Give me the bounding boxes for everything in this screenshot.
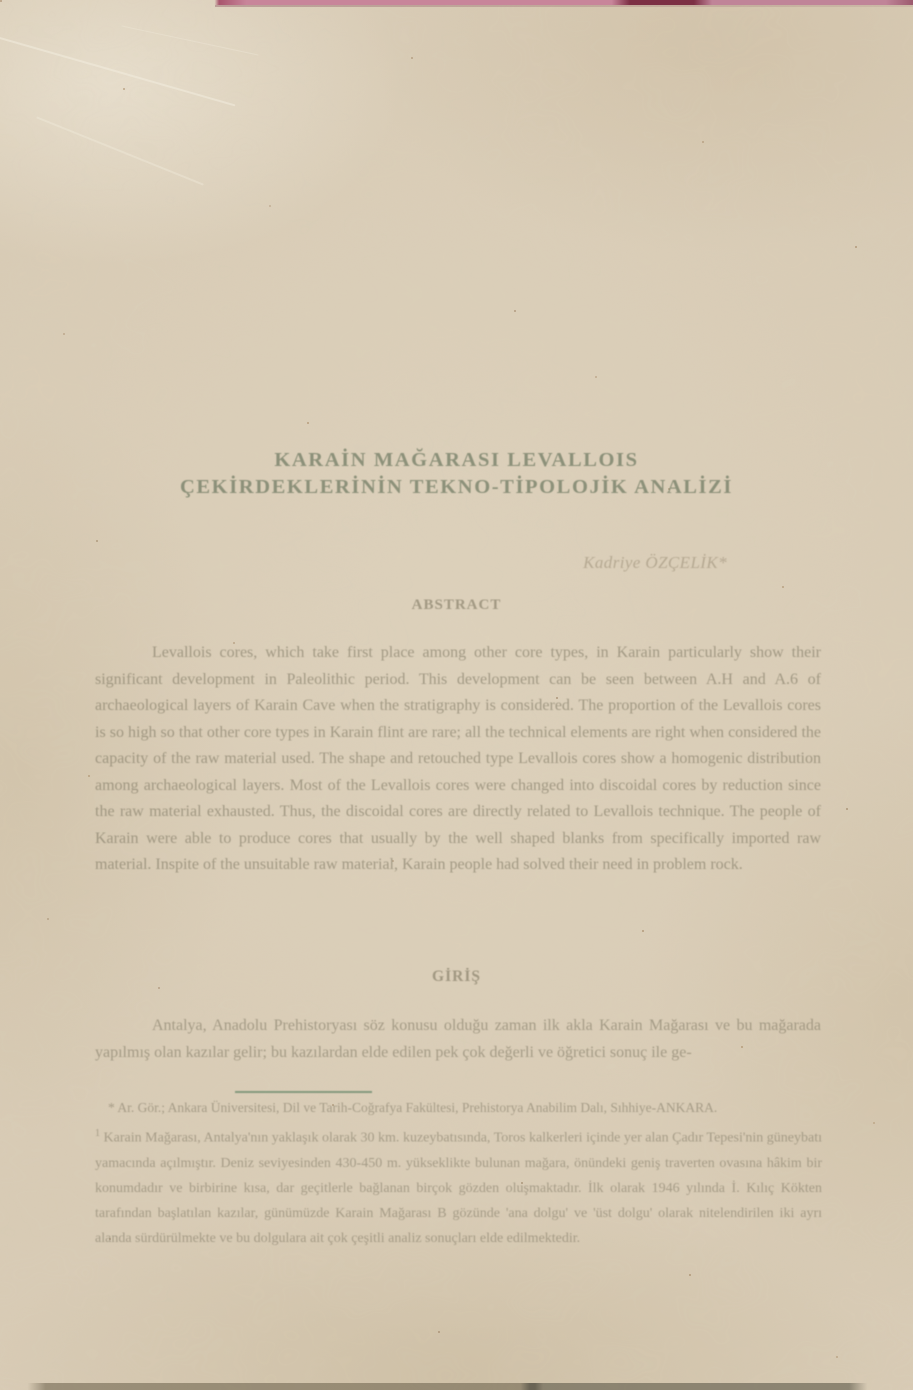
scan-streak (0, 36, 235, 107)
giris-heading: GİRİŞ (0, 968, 913, 986)
footnote-1-marker: 1 (95, 1128, 100, 1139)
author-name: Kadriye ÖZÇELİK* (583, 553, 727, 573)
footnote-separator-rule (235, 1091, 372, 1093)
footnote-1: 1 Karain Mağarası, Antalya'nın yaklaşık … (95, 1121, 822, 1251)
paper-speckles (0, 0, 2, 2)
giris-paragraph: Antalya, Anadolu Prehistoryası söz konus… (95, 1012, 821, 1066)
abstract-paragraph: Levallois cores, which take first place … (95, 640, 821, 879)
scanner-bottom-edge-shadow (0, 1383, 913, 1390)
scanner-top-edge-shade (215, 5, 913, 7)
footnote-affiliation: * Ar. Gör.; Ankara Üniversitesi, Dil ve … (108, 1097, 822, 1119)
abstract-heading: ABSTRACT (0, 597, 913, 614)
scan-streak (121, 25, 258, 55)
article-title: KARAİN MAĞARASI LEVALLOIS ÇEKİRDEKLERİNİ… (0, 447, 913, 501)
article-title-line1: KARAİN MAĞARASI LEVALLOIS (0, 447, 913, 474)
scanned-paper-page: KARAİN MAĞARASI LEVALLOIS ÇEKİRDEKLERİNİ… (0, 0, 913, 1390)
scanner-top-edge-strip (0, 0, 913, 5)
article-title-line2: ÇEKİRDEKLERİNİN TEKNO-TİPOLOJİK ANALİZİ (0, 474, 913, 501)
footnote-1-text: Karain Mağarası, Antalya'nın yaklaşık ol… (95, 1131, 822, 1246)
scan-streak (36, 116, 204, 185)
